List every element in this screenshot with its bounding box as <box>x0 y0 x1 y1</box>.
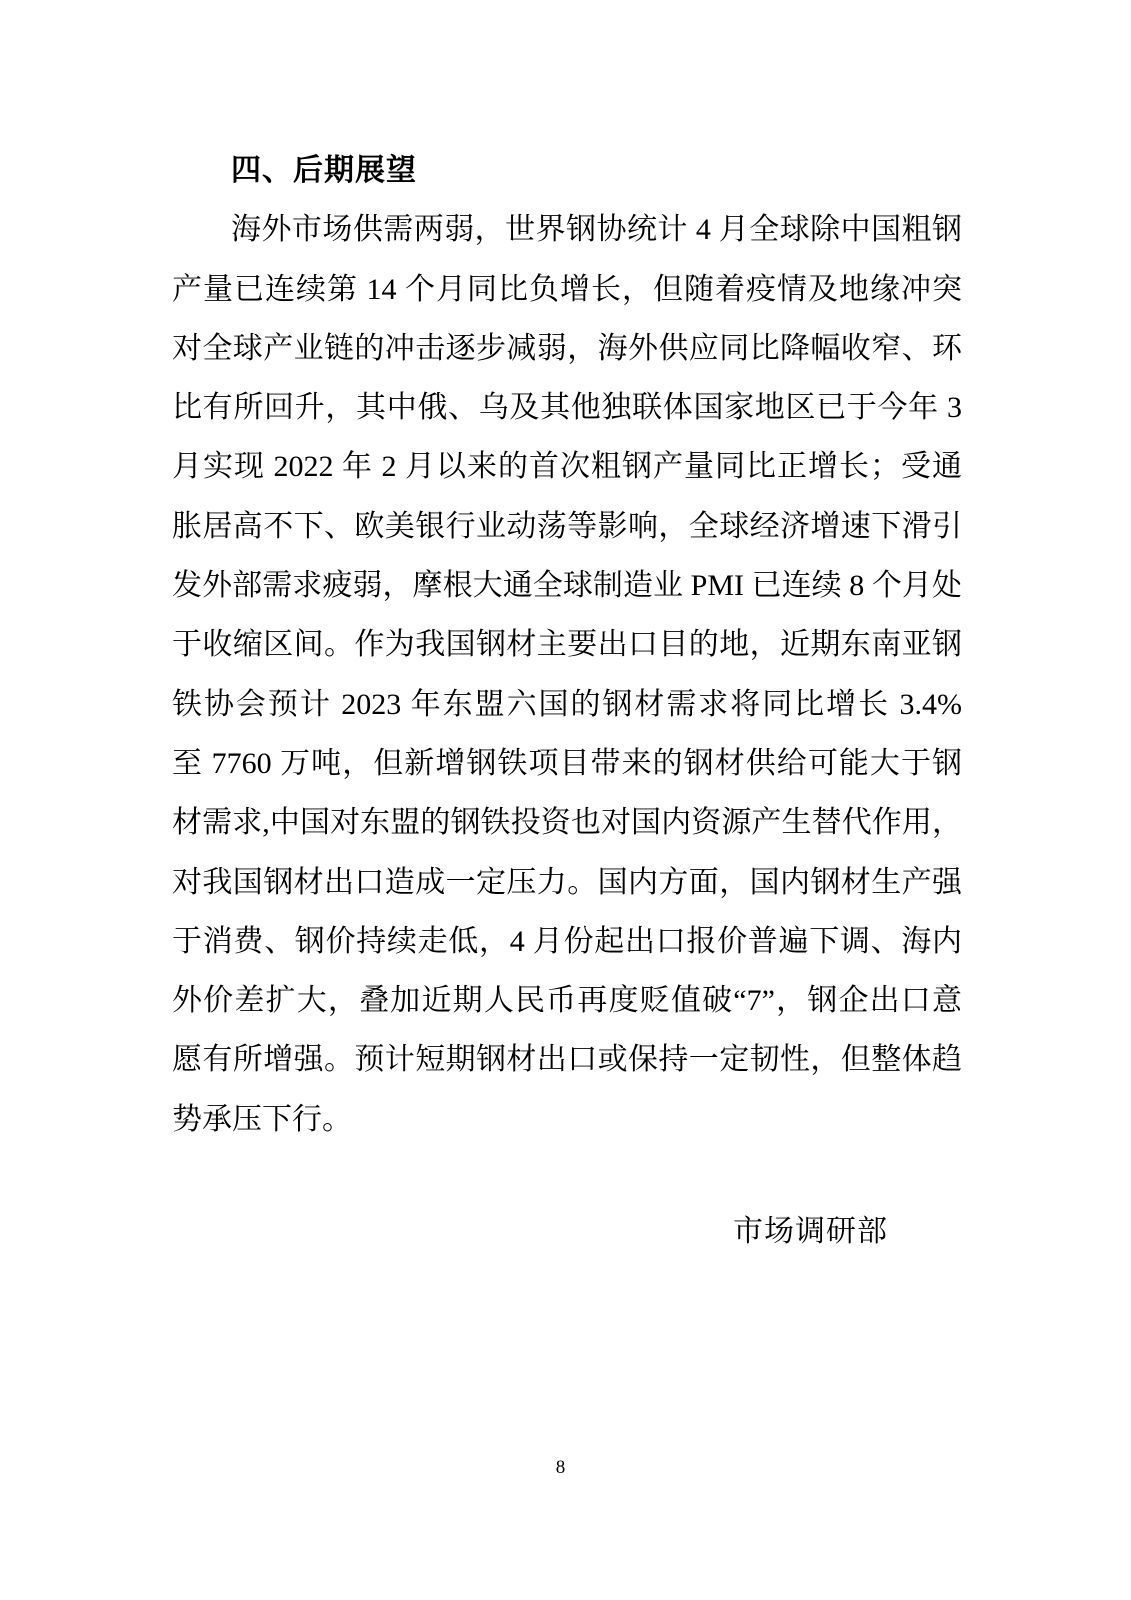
paragraph-line: 势承压下行。 <box>172 1090 962 1149</box>
paragraph-line: 材需求,中国对东盟的钢铁投资也对国内资源产生替代作用， <box>172 793 962 852</box>
body-paragraph: 海外市场供需两弱，世界钢协统计 4 月全球除中国粗钢产量已连续第 14 个月同比… <box>172 200 962 1149</box>
page-number: 8 <box>0 1458 1121 1477</box>
document-page: 四、后期展望 海外市场供需两弱，世界钢协统计 4 月全球除中国粗钢产量已连续第 … <box>0 0 1131 1600</box>
paragraph-line: 于消费、钢价持续走低，4 月份起出口报价普遍下调、海内 <box>172 912 962 971</box>
paragraph-line: 于收缩区间。作为我国钢材主要出口目的地，近期东南亚钢 <box>172 615 962 674</box>
paragraph-line: 外价差扩大，叠加近期人民币再度贬值破“7”，钢企出口意 <box>172 971 962 1030</box>
paragraph-line: 铁协会预计 2023 年东盟六国的钢材需求将同比增长 3.4% <box>172 675 962 734</box>
paragraph-line: 愿有所增强。预计短期钢材出口或保持一定韧性，但整体趋 <box>172 1030 962 1089</box>
paragraph-line: 比有所回升，其中俄、乌及其他独联体国家地区已于今年 3 <box>172 378 962 437</box>
paragraph-line: 海外市场供需两弱，世界钢协统计 4 月全球除中国粗钢 <box>172 200 962 259</box>
paragraph-line: 至 7760 万吨，但新增钢铁项目带来的钢材供给可能大于钢 <box>172 734 962 793</box>
paragraph-line: 产量已连续第 14 个月同比负增长，但随着疫情及地缘冲突 <box>172 260 962 319</box>
signature: 市场调研部 <box>733 1217 888 1247</box>
paragraph-line: 月实现 2022 年 2 月以来的首次粗钢产量同比正增长；受通 <box>172 437 962 496</box>
paragraph-line: 胀居高不下、欧美银行业动荡等影响，全球经济增速下滑引 <box>172 497 962 556</box>
page-content: 四、后期展望 海外市场供需两弱，世界钢协统计 4 月全球除中国粗钢产量已连续第 … <box>172 141 962 1149</box>
paragraph-line: 对全球产业链的冲击逐步减弱，海外供应同比降幅收窄、环 <box>172 319 962 378</box>
paragraph-line: 发外部需求疲弱，摩根大通全球制造业 PMI 已连续 8 个月处 <box>172 556 962 615</box>
section-heading: 四、后期展望 <box>172 141 962 200</box>
paragraph-line: 对我国钢材出口造成一定压力。国内方面，国内钢材生产强 <box>172 853 962 912</box>
